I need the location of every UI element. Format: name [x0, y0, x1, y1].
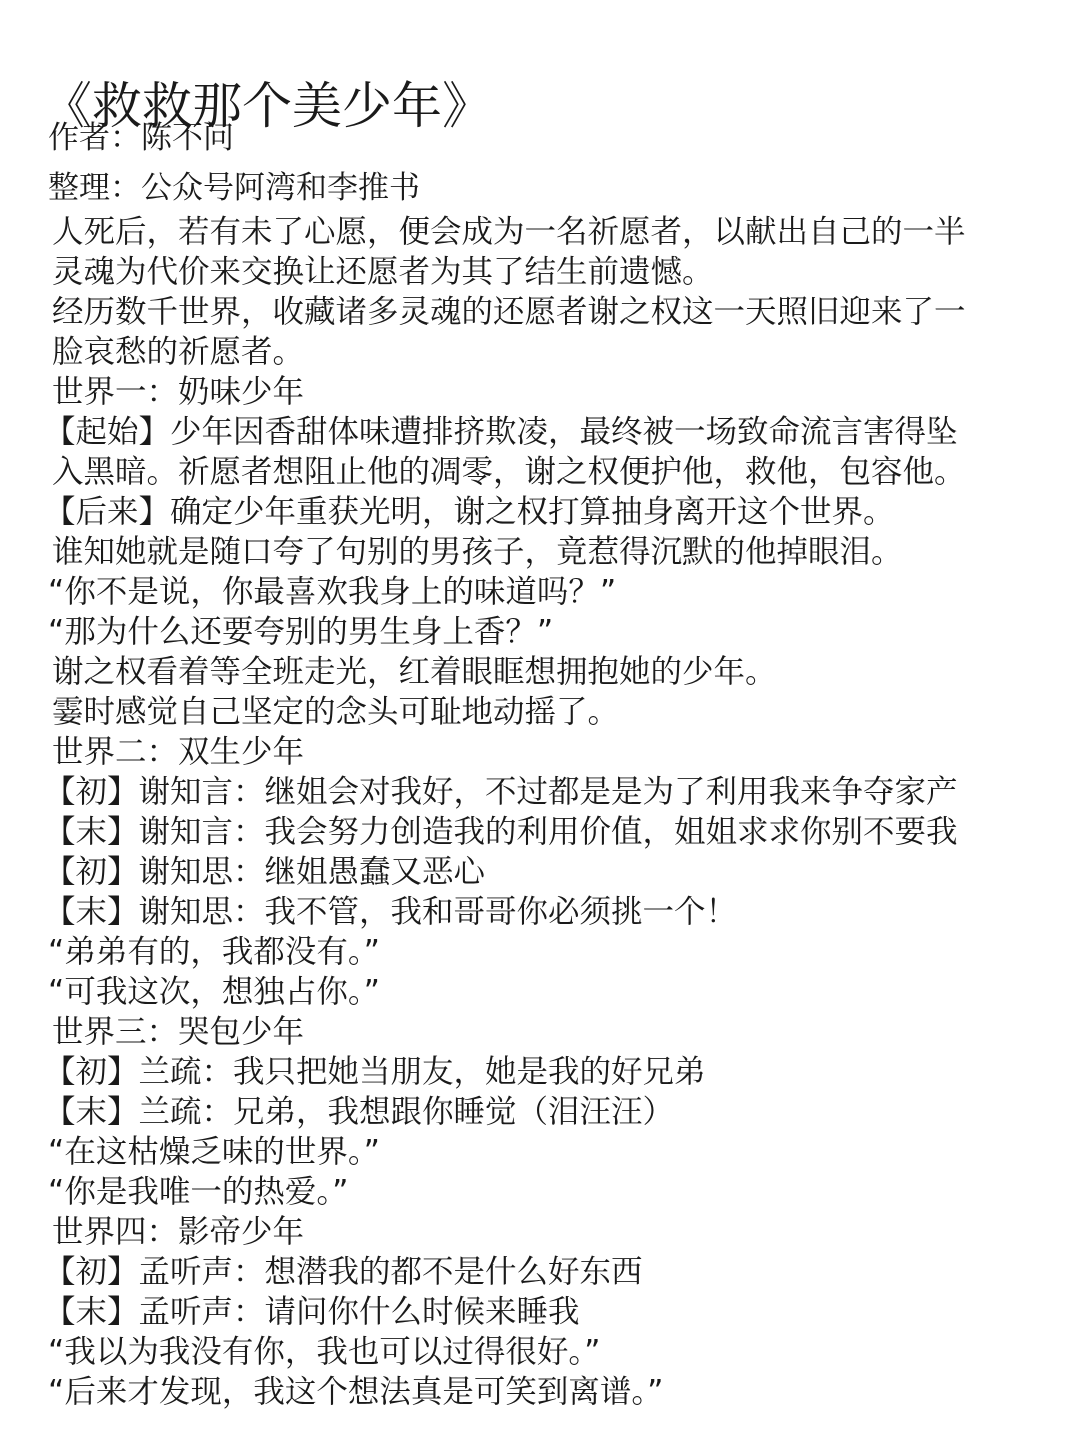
body-line: 人死后，若有未了心愿，便会成为一名祈愿者，以献出自己的一半	[52, 212, 1072, 252]
body-line: 【初】谢知思：继姐愚蠢又恶心	[44, 852, 1072, 892]
body-line: 【初】兰疏：我只把她当朋友，她是我的好兄弟	[44, 1052, 1072, 1092]
document-page: 《救救那个美少年》 作者：陈不问 整理：公众号阿湾和李推书 人死后，若有未了心愿…	[0, 0, 1080, 1439]
quote-line: “你不是说，你最喜欢我身上的味道吗？”	[48, 572, 1072, 612]
body-line: 经历数千世界，收藏诸多灵魂的还愿者谢之权这一天照旧迎来了一	[52, 292, 1072, 332]
quote-line: “后来才发现，我这个想法真是可笑到离谱。”	[48, 1372, 1072, 1412]
body-line: 【起始】少年因香甜体味遭排挤欺凌，最终被一场致命流言害得坠	[44, 412, 1072, 452]
synopsis-body: 人死后，若有未了心愿，便会成为一名祈愿者，以献出自己的一半 灵魂为代价来交换让还…	[52, 212, 1072, 1412]
world-heading: 世界四：影帝少年	[52, 1212, 1072, 1252]
body-line: 【后来】确定少年重获光明，谢之权打算抽身离开这个世界。	[44, 492, 1072, 532]
body-line: 脸哀愁的祈愿者。	[52, 332, 1072, 372]
quote-line: “那为什么还要夸别的男生身上香？”	[48, 612, 1072, 652]
world-heading: 世界三：哭包少年	[52, 1012, 1072, 1052]
body-line: 谁知她就是随口夸了句别的男孩子，竟惹得沉默的他掉眼泪。	[52, 532, 1072, 572]
body-line: 【末】兰疏：兄弟，我想跟你睡觉（泪汪汪）	[44, 1092, 1072, 1132]
world-heading: 世界一：奶味少年	[52, 372, 1072, 412]
world-heading: 世界二：双生少年	[52, 732, 1072, 772]
body-line: 霎时感觉自己坚定的念头可耻地动摇了。	[52, 692, 1072, 732]
body-line: 灵魂为代价来交换让还愿者为其了结生前遗憾。	[52, 252, 1072, 292]
quote-line: “我以为我没有你，我也可以过得很好。”	[48, 1332, 1072, 1372]
body-line: 谢之权看着等全班走光，红着眼眶想拥抱她的少年。	[52, 652, 1072, 692]
editor-line: 整理：公众号阿湾和李推书	[48, 168, 420, 208]
quote-line: “你是我唯一的热爱。”	[48, 1172, 1072, 1212]
quote-line: “可我这次，想独占你。”	[48, 972, 1072, 1012]
body-line: 【末】谢知思：我不管，我和哥哥你必须挑一个！	[44, 892, 1072, 932]
body-line: 【初】谢知言：继姐会对我好，不过都是是为了利用我来争夺家产	[44, 772, 1072, 812]
quote-line: “弟弟有的，我都没有。”	[48, 932, 1072, 972]
body-line: 【初】孟听声：想潜我的都不是什么好东西	[44, 1252, 1072, 1292]
body-line: 入黑暗。祈愿者想阻止他的凋零，谢之权便护他，救他，包容他。	[52, 452, 1072, 492]
author-line: 作者：陈不问	[48, 118, 234, 158]
quote-line: “在这枯燥乏味的世界。”	[48, 1132, 1072, 1172]
body-line: 【末】孟听声：请问你什么时候来睡我	[44, 1292, 1072, 1332]
body-line: 【末】谢知言：我会努力创造我的利用价值，姐姐求求你别不要我	[44, 812, 1072, 852]
